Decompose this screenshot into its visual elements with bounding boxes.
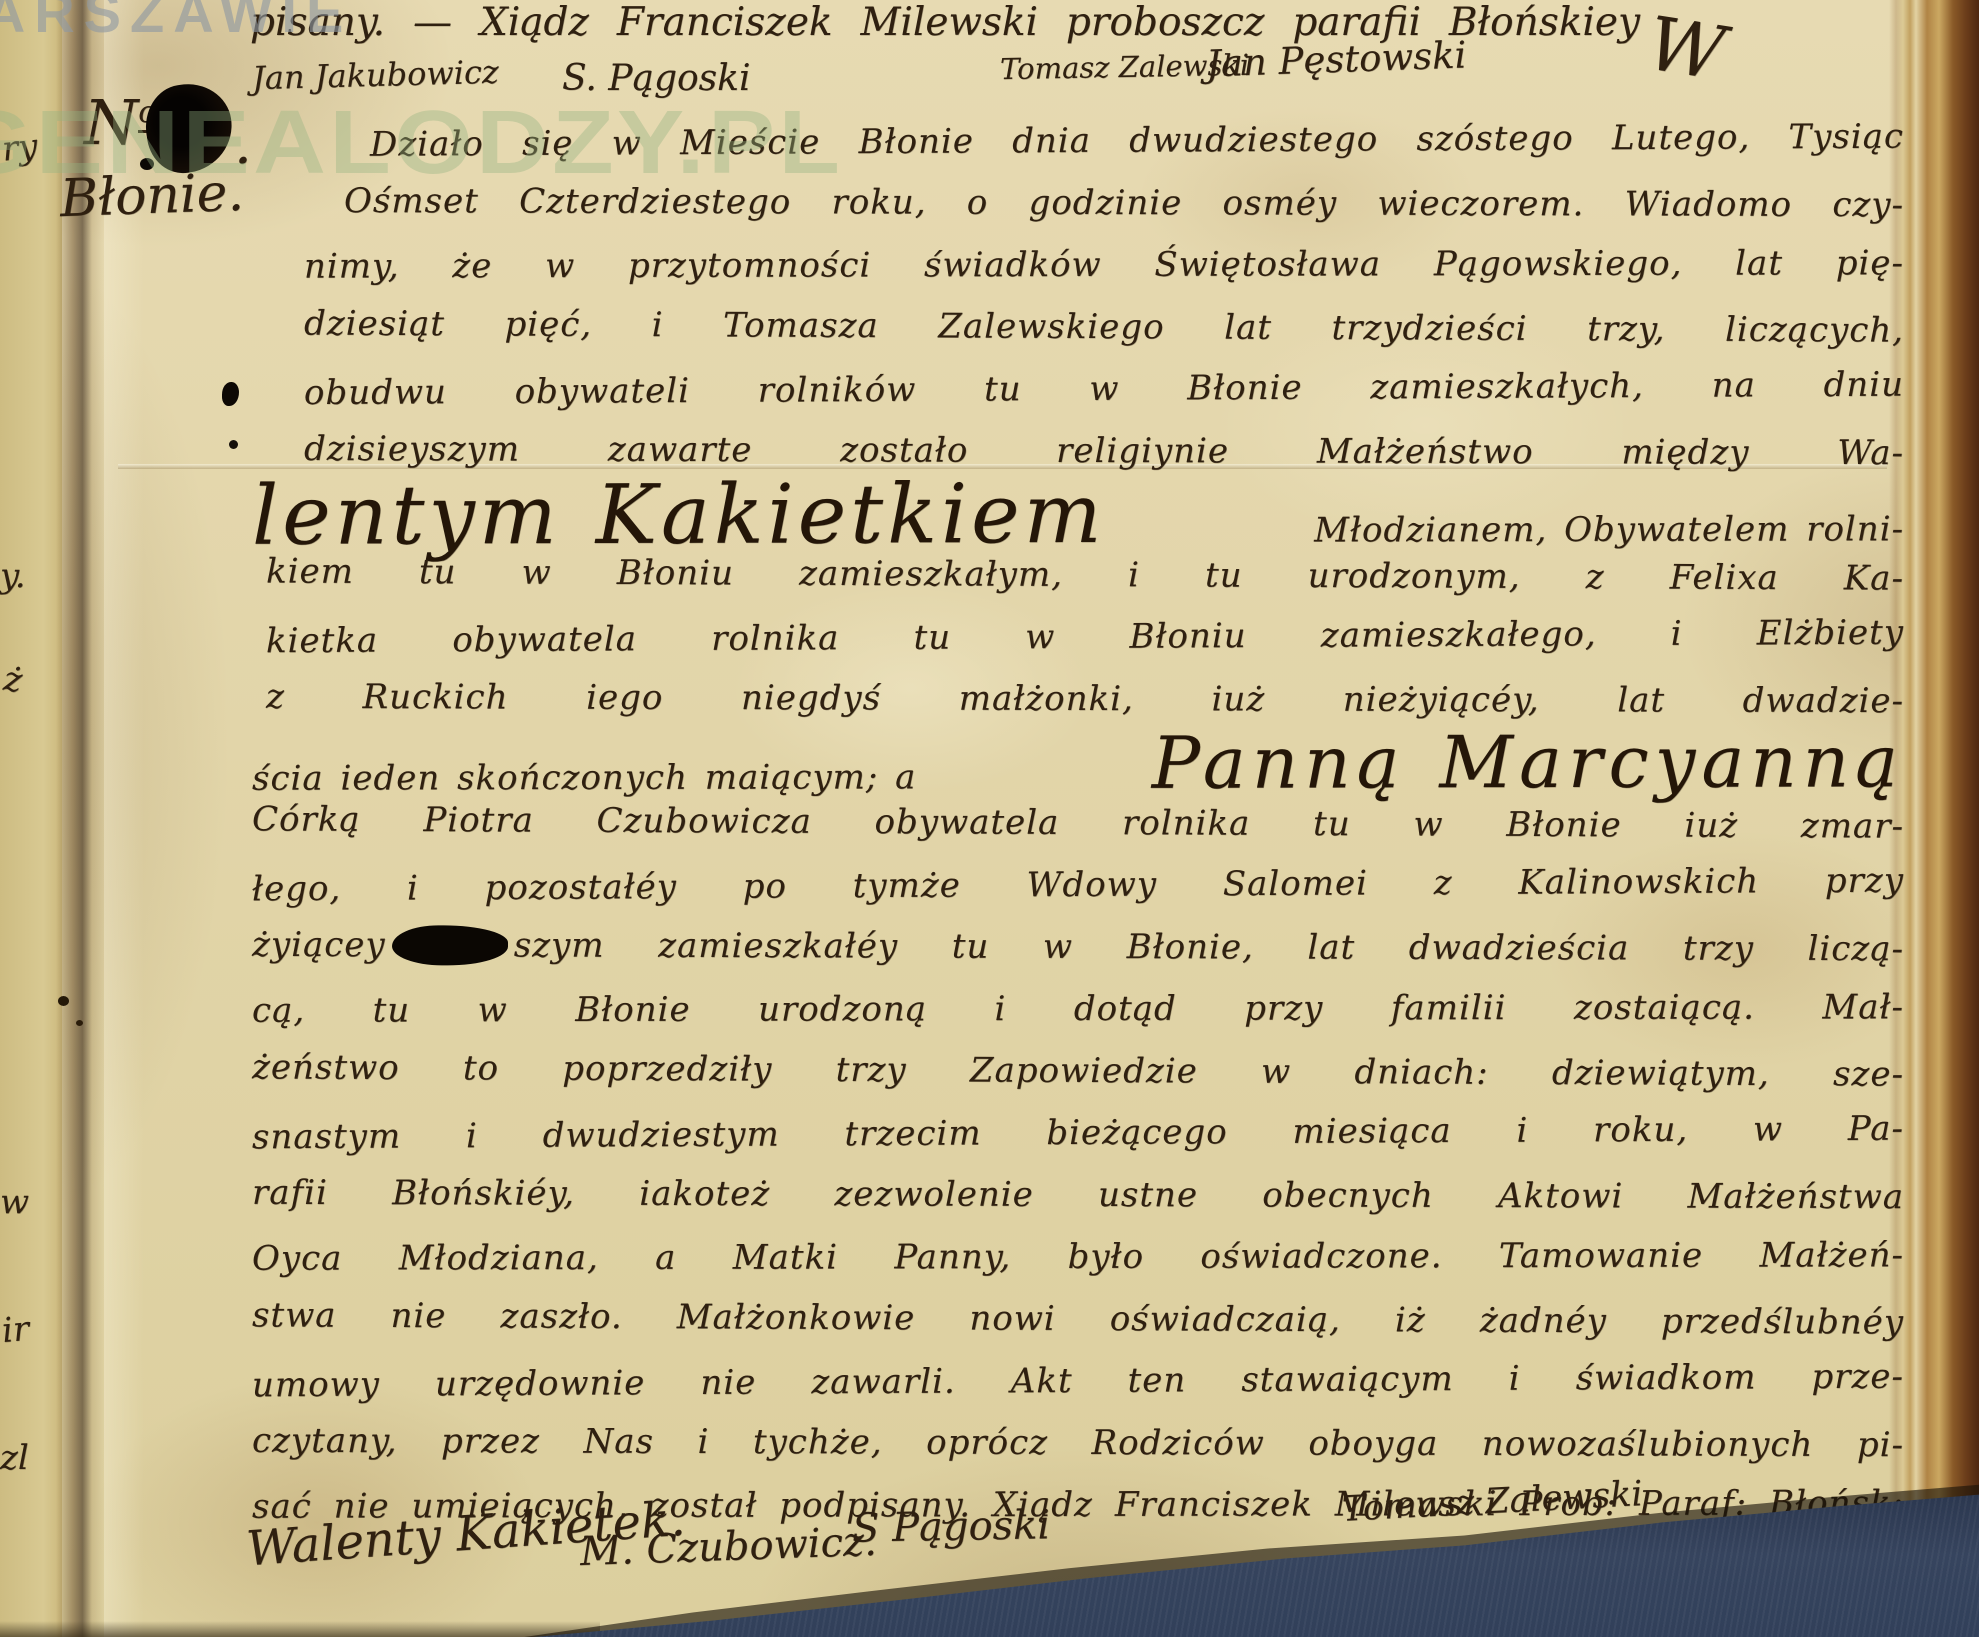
ink-fragment: zl	[0, 1438, 29, 1478]
record-line-bride: ścia ieden skończonych maiącym; a Panną …	[252, 730, 1904, 795]
record-line: łego, i pozostałéy po tymże Wdowy Salome…	[252, 852, 1904, 923]
record-line: Ośmset Czterdziestego roku, o godzinie o…	[252, 172, 1904, 238]
record-line: cą, tu w Błonie urodzoną i dotąd przy fa…	[252, 978, 1904, 1043]
act-number-dot: .	[234, 112, 252, 177]
blot-line-post: szym zamieszkałéy tu w Błonie, lat dwadz…	[514, 926, 1904, 970]
record-line: czytany, przez Nas i tychże, oprócz Rodz…	[252, 1412, 1904, 1478]
record-line: Córką Piotra Czubowicza obywatela rolnik…	[252, 790, 1904, 859]
ink-fragment: y.	[0, 556, 26, 596]
binding-crease	[56, 0, 104, 1637]
groom-name: lentym Kakietkiem	[252, 484, 1106, 548]
blotted-word: Młod	[392, 925, 508, 965]
record-line: kietka obywatela rolnika tu w Błoniu zam…	[252, 604, 1904, 675]
record-body: Działo się w Mieście Błonie dnia dwudzie…	[252, 112, 1904, 1538]
ink-fragment: ry	[0, 126, 39, 169]
family-signature: M. Czubowicz.	[579, 1519, 877, 1575]
record-line: kiem tu w Błoniu zamieszkałym, i tu urod…	[252, 542, 1904, 611]
record-line: umowy urzędownie nie zawarli. Akt ten st…	[252, 1348, 1904, 1419]
witness-signature: S. Pągoski	[562, 58, 750, 99]
ink-fragment: w	[0, 1182, 29, 1222]
ink-splatter	[222, 382, 239, 406]
witness-signature: S Pągoski	[852, 1502, 1051, 1551]
record-line: snastym i dwudziestym trzecim bieżącego …	[252, 1100, 1904, 1171]
bride-name: Panną Marcyanną	[1152, 730, 1904, 794]
record-line: Działo się w Mieście Błonie dnia dwudzie…	[252, 108, 1904, 179]
record-line: nimy, że w przytomności świadków Świętos…	[252, 234, 1904, 299]
record-line: Oyca Młodziana, a Matki Panny, było oświ…	[252, 1226, 1904, 1291]
priest-paraph: W	[1642, 1, 1731, 98]
record-line: żeństwo to poprzedziły trzy Zapowiedzie …	[252, 1038, 1904, 1107]
gutter-highlight	[104, 0, 144, 1637]
witness-signature: Jan Pęstowski	[1205, 33, 1467, 85]
margin-place-name: Błonie.	[59, 163, 245, 229]
page-bottom-shadow	[0, 1621, 600, 1637]
register-scan: ry y. ż w ir zl pisany. — Xiądz Francisz…	[0, 0, 1979, 1637]
record-line-blotted: żyiąceyMłodszym zamieszkałéy tu w Błonie…	[252, 916, 1904, 982]
record-line: obudwu obywateli rolników tu w Błonie za…	[252, 356, 1904, 427]
facing-page-sliver	[0, 0, 62, 1637]
record-line: stwa nie zaszło. Małżonkowie nowi oświad…	[252, 1286, 1904, 1355]
record-line: rafii Błońskiéy, iakoteż zezwolenie ustn…	[252, 1164, 1904, 1230]
ink-splatter	[58, 996, 69, 1006]
ink-blot-satellite	[140, 158, 154, 170]
act-number-n: N	[84, 86, 138, 159]
witness-signature: Jan Jakubowicz	[252, 53, 500, 97]
record-line-groom: lentym Kakietkiem Młodzianem, Obywatelem…	[252, 482, 1904, 547]
blot-line-pre: żyiącey	[252, 925, 386, 965]
ink-splatter	[229, 440, 238, 449]
ink-fragment: ir	[0, 1309, 31, 1351]
record-line: dziesiąt pięć, i Tomasza Zalewskiego lat…	[252, 294, 1904, 363]
